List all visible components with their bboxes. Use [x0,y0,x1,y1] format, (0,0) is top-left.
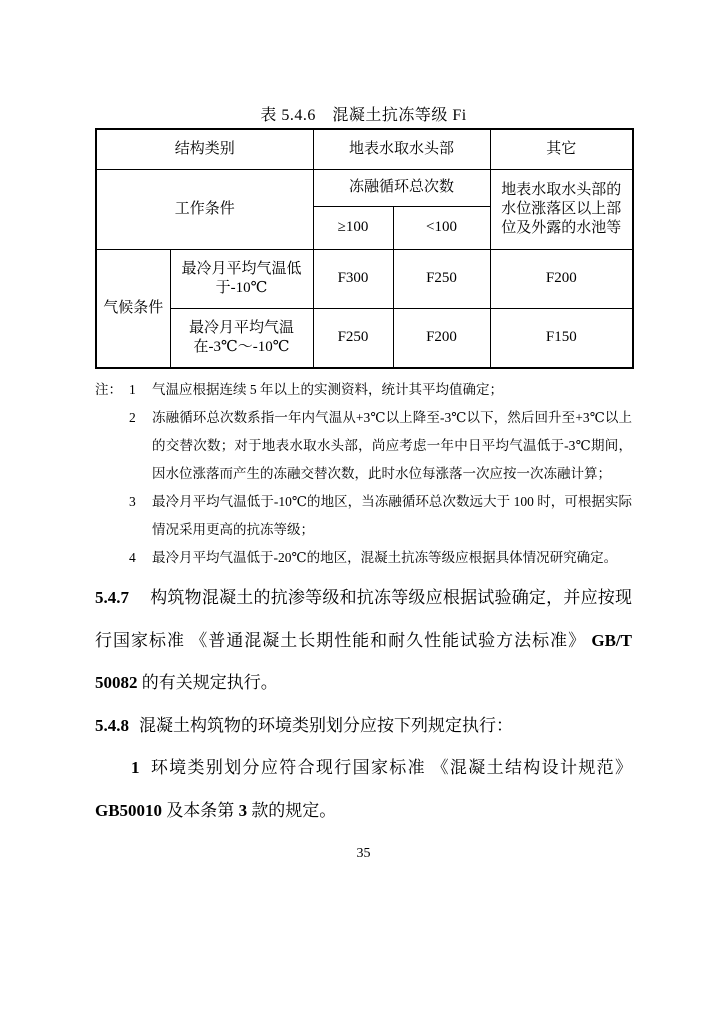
header-work-condition: 工作条件 [96,169,313,249]
note-item-4: 4 最冷月平均气温低于-20℃的地区，混凝土抗冻等级应根据具体情况研究确定。 [95,544,632,572]
header-surface-water-intake: 地表水取水头部 [313,129,490,169]
clause-text: 混凝土构筑物的环境类别划分应按下列规定执行： [139,716,513,735]
note-text: 气温应根据连续 5 年以上的实测资料，统计其平均值确定； [152,376,632,404]
paragraph-5-4-7: 5.4.7构筑物混凝土的抗渗等级和抗冻等级应根据试验确定，并应按现行国家标准 《… [95,577,632,705]
table-row: 结构类别 地表水取水头部 其它 [96,129,633,169]
note-number: 3 [129,488,152,516]
table-row: 工作条件 冻融循环总次数 地表水取水头部的水位涨落区以上部位及外露的水池等 [96,169,633,206]
note-text: 最冷月平均气温低于-20℃的地区，混凝土抗冻等级应根据具体情况研究确定。 [152,544,632,572]
standard-code: GB50010 [95,801,162,820]
note-text: 冻融循环总次数系指一年内气温从+3℃以上降至-3℃以下，然后回升至+3℃以上的交… [152,404,632,488]
clause-text: 构筑物混凝土的抗渗等级和抗冻等级应根据试验确定，并应按现行国家标准 《普通混凝土… [95,588,632,650]
paragraph-5-4-8-item-1: 1环境类别划分应符合现行国家标准 《混凝土结构设计规范》 GB50010 及本条… [95,747,632,832]
header-ge-100: ≥100 [313,206,393,249]
header-other-description: 地表水取水头部的水位涨落区以上部位及外露的水池等 [490,169,633,249]
note-number: 1 [129,376,152,404]
note-text: 最冷月平均气温低于-10℃的地区，当冻融循环总次数远大于 100 时，可根据实际… [152,488,632,544]
table-row: 气候条件 最冷月平均气温低于-10℃ F300 F250 F200 [96,249,633,308]
clause-text: 及本条第 [162,801,239,820]
note-item-3: 3 最冷月平均气温低于-10℃的地区，当冻融循环总次数远大于 100 时，可根据… [95,488,632,544]
clause-number: 5.4.8 [95,716,129,735]
table-title: 表 5.4.6 混凝土抗冻等级 Fi [95,104,632,128]
cell-climate-condition: 气候条件 [96,249,170,368]
cell-value-f200-2: F200 [393,308,490,368]
note-number: 4 [129,544,152,572]
clause-text: 的有关规定执行。 [138,673,278,692]
cell-condition-below-minus10: 最冷月平均气温低于-10℃ [170,249,313,308]
header-freeze-thaw-cycles: 冻融循环总次数 [313,169,490,206]
header-structure-type: 结构类别 [96,129,313,169]
clause-number: 5.4.7 [95,588,129,607]
document-page: 表 5.4.6 混凝土抗冻等级 Fi 结构类别 地表水取水头部 其它 工作条件 … [95,0,632,864]
paragraph-5-4-8: 5.4.8混凝土构筑物的环境类别划分应按下列规定执行： [95,705,632,748]
clause-text: 环境类别划分应符合现行国家标准 《混凝土结构设计规范》 [150,758,633,777]
frost-grade-table: 结构类别 地表水取水头部 其它 工作条件 冻融循环总次数 地表水取水头部的水位涨… [95,128,634,369]
cell-value-f250-2: F250 [313,308,393,368]
table-notes: 注： 1 气温应根据连续 5 年以上的实测资料，统计其平均值确定； 2 冻融循环… [95,376,632,572]
item-number: 1 [131,758,140,777]
clause-text: 款的规定。 [247,801,336,820]
page-number: 35 [95,844,632,864]
note-item-2: 2 冻融循环总次数系指一年内气温从+3℃以上降至-3℃以下，然后回升至+3℃以上… [95,404,632,488]
item-ref-number: 3 [239,801,248,820]
note-item-1: 注： 1 气温应根据连续 5 年以上的实测资料，统计其平均值确定； [95,376,632,404]
notes-label: 注： [95,376,129,404]
cell-value-f300: F300 [313,249,393,308]
cell-condition-minus3-to-minus10: 最冷月平均气温在-3℃～-10℃ [170,308,313,368]
cell-value-f200: F200 [490,249,633,308]
header-other: 其它 [490,129,633,169]
note-number: 2 [129,404,152,432]
cell-value-f250: F250 [393,249,490,308]
cell-value-f150: F150 [490,308,633,368]
header-lt-100: <100 [393,206,490,249]
table-row: 最冷月平均气温在-3℃～-10℃ F250 F200 F150 [96,308,633,368]
